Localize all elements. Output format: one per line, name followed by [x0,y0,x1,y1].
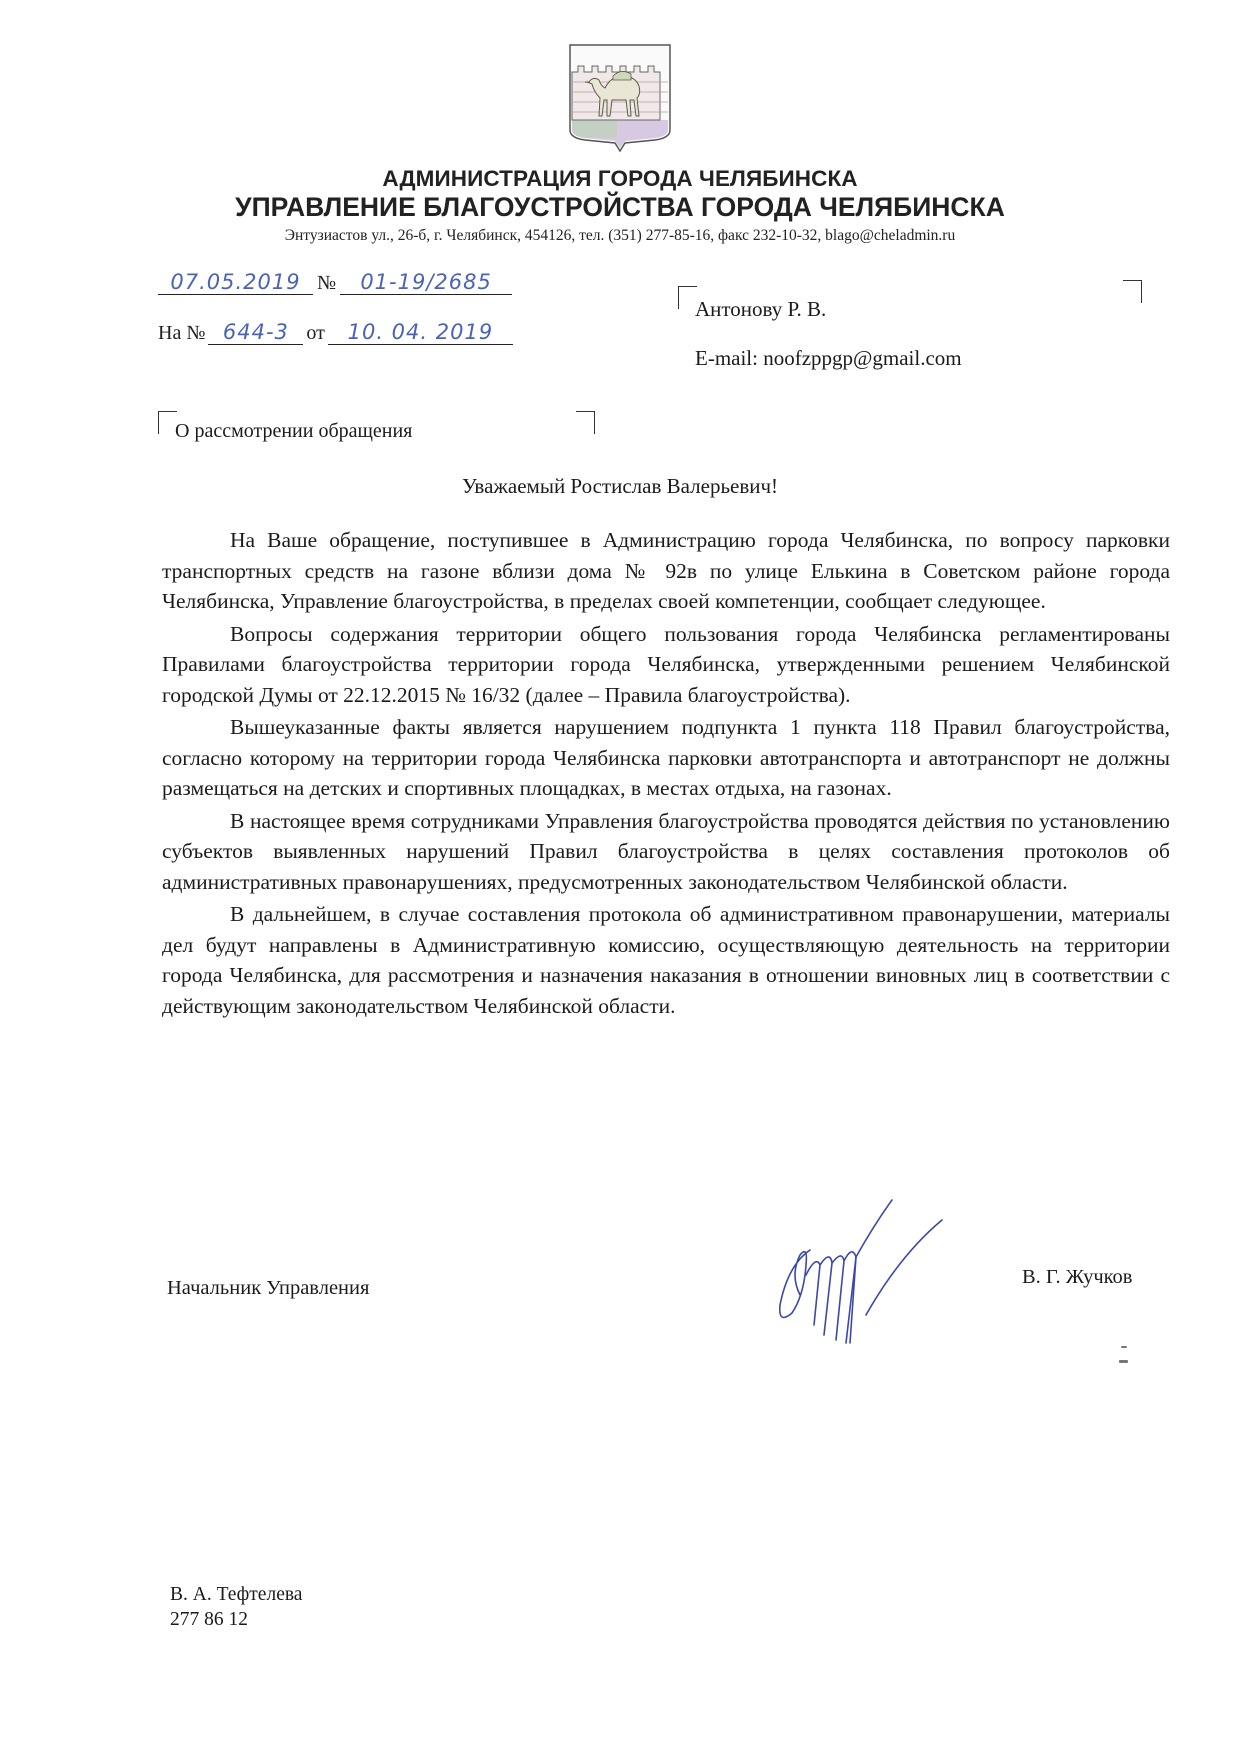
body-paragraph: В настоящее время сотрудниками Управлени… [162,806,1170,898]
executor-name: В. А. Тефтелева [170,1584,302,1606]
body-paragraph: На Ваше обращение, поступившее в Админис… [162,525,1170,617]
scan-artifact [1119,1360,1128,1363]
registration-number-label: № [317,272,336,294]
salutation: Уважаемый Ростислав Валерьевич! [0,474,1240,499]
registration-line: 07.05.2019№01-19/2685 [158,270,512,295]
recipient-email: E-mail: noofzppgp@gmail.com [695,346,962,371]
body-paragraph: Вопросы содержания территории общего пол… [162,619,1170,711]
letter-body: На Ваше обращение, поступившее в Админис… [162,525,1170,1023]
recipient-name: Антонову Р. В. [695,297,826,322]
reply-to-line: На №644-3от10. 04. 2019 [158,320,513,345]
reply-to-number: 644-3 [208,320,303,345]
signatory-name: В. Г. Жучков [1022,1266,1133,1289]
handwritten-signature-icon [770,1195,960,1345]
body-paragraph: Вышеуказанные факты является нарушением … [162,712,1170,804]
reply-to-label: На № [158,322,205,344]
reply-to-date: 10. 04. 2019 [328,320,513,345]
reply-to-date-label: от [306,322,324,344]
letter-subject: О рассмотрении обращения [175,420,412,443]
body-paragraph: В дальнейшем, в случае составления прото… [162,899,1170,1021]
department-address: Энтузиастов ул., 26-б, г. Челябинск, 454… [0,227,1240,245]
recipient-corner-mark [1123,280,1142,303]
chelyabinsk-coat-of-arms-icon [567,42,673,154]
registration-date: 07.05.2019 [158,270,313,295]
organization-name: АДМИНИСТРАЦИЯ ГОРОДА ЧЕЛЯБИНСКА [0,166,1240,192]
scan-artifact [1121,1346,1127,1348]
registration-number: 01-19/2685 [340,270,512,295]
executor-phone: 277 86 12 [170,1609,248,1631]
department-name: УПРАВЛЕНИЕ БЛАГОУСТРОЙСТВА ГОРОДА ЧЕЛЯБИ… [0,192,1240,223]
subject-corner-mark [576,411,595,434]
signatory-position: Начальник Управления [167,1277,369,1300]
